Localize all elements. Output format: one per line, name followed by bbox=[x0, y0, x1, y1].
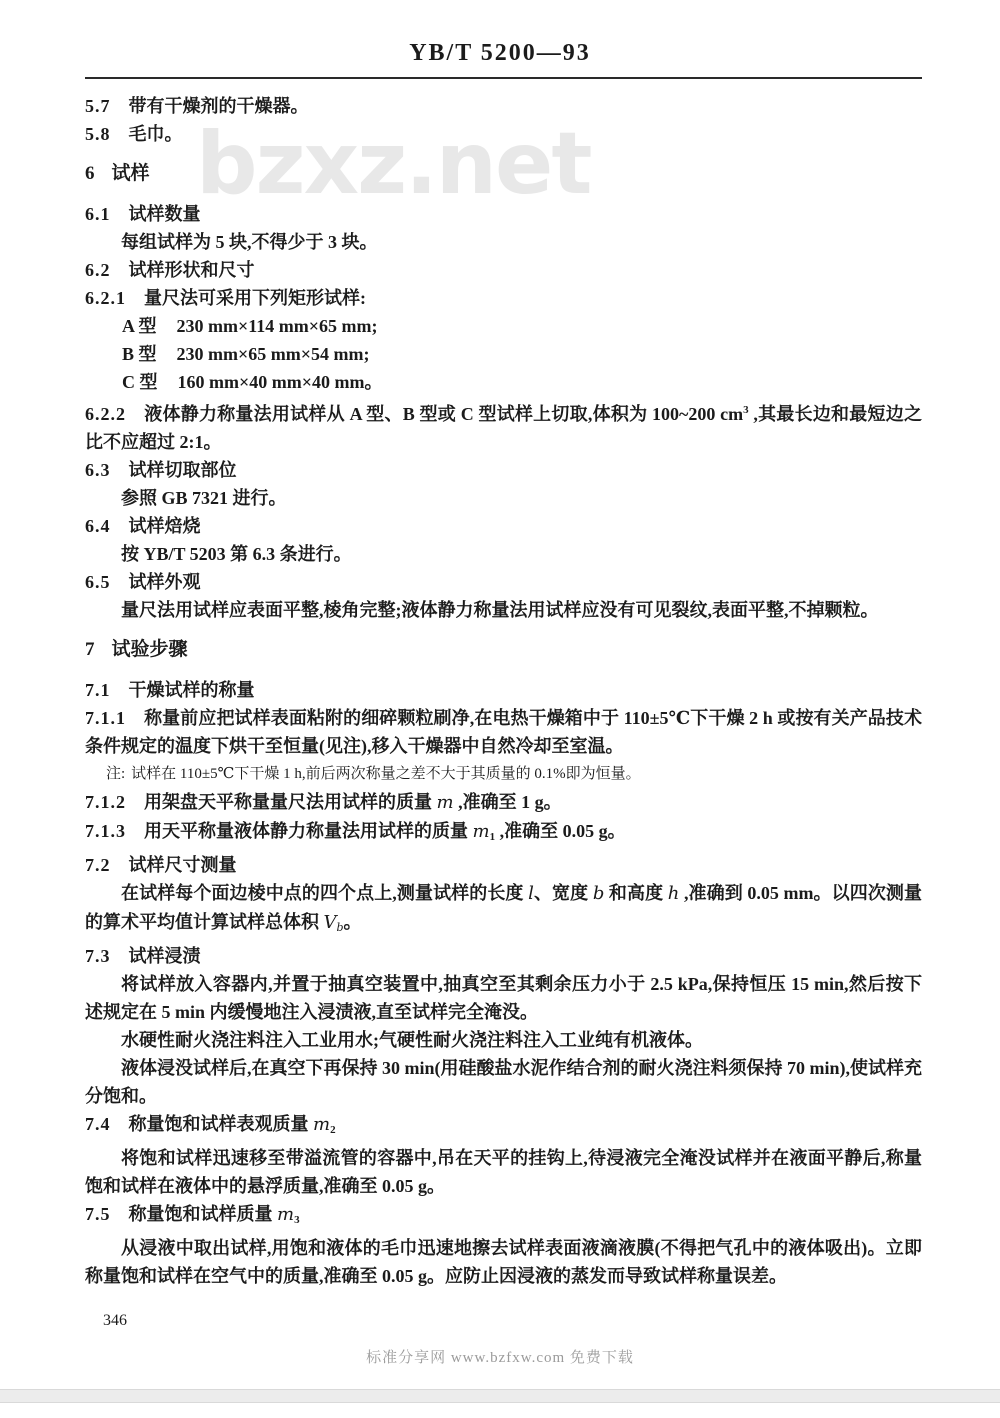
text-run: ,准确至 1 g。 bbox=[454, 792, 562, 812]
clause-number: 5.7 bbox=[85, 96, 111, 116]
document-content: 5.7带有干燥剂的干燥器。5.8毛巾。6试样6.1试样数量每组试样为 5 块,不… bbox=[85, 92, 922, 1290]
bottom-band bbox=[0, 1389, 1000, 1403]
text-run: 3 bbox=[294, 1214, 300, 1226]
text-run: 试样形状和尺寸 bbox=[129, 260, 255, 280]
clause-number: 7.4 bbox=[85, 1114, 111, 1134]
text-run: 、宽度 bbox=[534, 883, 593, 903]
clause-6-3: 6.3试样切取部位 bbox=[85, 456, 922, 484]
clause-7-1-3: 7.1.3用天平称量液体静力称量法用试样的质量 m1 ,准确至 0.05 g。 bbox=[85, 817, 922, 851]
text-run: 参照 GB 7321 进行。 bbox=[121, 488, 287, 508]
clause-7-5: 7.5称量饱和试样质量 m3 bbox=[85, 1200, 922, 1234]
clause-7-1-1: 7.1.1称量前应把试样表面粘附的细碎颗粒刷净,在电热干燥箱中于 110±5℃下… bbox=[85, 704, 922, 760]
text-run: 每组试样为 5 块,不得少于 3 块。 bbox=[121, 232, 378, 252]
text-run: 量尺法可采用下列矩形试样: bbox=[144, 288, 366, 308]
clause-7-4: 7.4称量饱和试样表观质量 m2 bbox=[85, 1110, 922, 1144]
text-run: 称量饱和试样表观质量 bbox=[129, 1114, 314, 1134]
text-run: 试样在 110±5℃下干燥 1 h,前后两次称量之差不大于其质量的 0.1%即为… bbox=[131, 766, 640, 782]
clause-7-3: 7.3试样浸渍 bbox=[85, 942, 922, 970]
text-run: 量尺法用试样应表面平整,棱角完整;液体静力称量法用试样应没有可见裂纹,表面平整,… bbox=[121, 600, 879, 620]
para: 从浸液中取出试样,用饱和液体的毛巾迅速地擦去试样表面液滴液膜(不得把气孔中的液体… bbox=[85, 1234, 922, 1290]
math-variable: m bbox=[277, 1204, 294, 1225]
text-run: 230 mm×65 mm×54 mm; bbox=[177, 344, 370, 364]
para: 将试样放入容器内,并置于抽真空装置中,抽真空至其剩余压力小于 2.5 kPa,保… bbox=[85, 970, 922, 1026]
clause-number: 5.8 bbox=[85, 124, 111, 144]
document-page: bzxz.net YB/T 5200—93 5.7带有干燥剂的干燥器。5.8毛巾… bbox=[0, 0, 1000, 1418]
text-run: 试样尺寸测量 bbox=[129, 855, 237, 875]
clause-5-8: 5.8毛巾。 bbox=[85, 120, 922, 148]
math-variable: m bbox=[313, 1114, 330, 1135]
clause-number: 7 bbox=[85, 639, 96, 660]
clause-number: 7.1.2 bbox=[85, 792, 126, 812]
header-rule bbox=[85, 77, 922, 79]
clause-6-2-2: 6.2.2液体静力称量法用试样从 A 型、B 型或 C 型试样上切取,体积为 1… bbox=[85, 396, 922, 456]
page-number: 346 bbox=[103, 1312, 127, 1330]
clause-6-1: 6.1试样数量 bbox=[85, 200, 922, 228]
type-label: A 型 bbox=[122, 316, 157, 336]
para: 参照 GB 7321 进行。 bbox=[85, 484, 922, 512]
clause-number: 6.5 bbox=[85, 572, 111, 592]
clause-number: 7.1 bbox=[85, 680, 111, 700]
type-label: C 型 bbox=[122, 372, 158, 392]
clause-number: 7.2 bbox=[85, 855, 111, 875]
clause-7: 7试验步骤 bbox=[85, 636, 922, 664]
clause-number: 7.5 bbox=[85, 1204, 111, 1224]
clause-6-2-1: 6.2.1量尺法可采用下列矩形试样: bbox=[85, 284, 922, 312]
clause-7-1-2: 7.1.2用架盘天平称量量尺法用试样的质量 m ,准确至 1 g。 bbox=[85, 788, 922, 817]
clause-6-5: 6.5试样外观 bbox=[85, 568, 922, 596]
note: 注:试样在 110±5℃下干燥 1 h,前后两次称量之差不大于其质量的 0.1%… bbox=[106, 760, 922, 788]
math-variable: V bbox=[324, 912, 337, 933]
text-run: 从浸液中取出试样,用饱和液体的毛巾迅速地擦去试样表面液滴液膜(不得把气孔中的液体… bbox=[85, 1238, 922, 1286]
text-run: 液体浸没试样后,在真空下再保持 30 min(用硅酸盐水泥作结合剂的耐火浇注料须… bbox=[85, 1058, 922, 1106]
text-run: 将饱和试样迅速移至带溢流管的容器中,吊在天平的挂钩上,待浸液完全淹没试样并在液面… bbox=[85, 1148, 922, 1196]
text-run: 带有干燥剂的干燥器。 bbox=[129, 96, 309, 116]
text-run: 在试样每个面边棱中点的四个点上,测量试样的长度 bbox=[121, 883, 528, 903]
text-run: 试样浸渍 bbox=[129, 946, 201, 966]
text-run: 。 bbox=[344, 912, 362, 932]
clause-number: 6.4 bbox=[85, 516, 111, 536]
dim: C 型160 mm×40 mm×40 mm。 bbox=[122, 368, 922, 396]
math-variable: b bbox=[337, 921, 344, 934]
text-run: 水硬性耐火浇注料注入工业用水;气硬性耐火浇注料注入工业纯有机液体。 bbox=[121, 1030, 703, 1050]
clause-number: 7.3 bbox=[85, 946, 111, 966]
text-run: 试验步骤 bbox=[112, 639, 188, 660]
math-variable: b bbox=[593, 883, 605, 904]
clause-number: 6.2 bbox=[85, 260, 111, 280]
para: 量尺法用试样应表面平整,棱角完整;液体静力称量法用试样应没有可见裂纹,表面平整,… bbox=[85, 596, 922, 624]
clause-number: 7.1.3 bbox=[85, 821, 126, 841]
dim: A 型230 mm×114 mm×65 mm; bbox=[122, 312, 922, 340]
clause-number: 6.3 bbox=[85, 460, 111, 480]
para: 按 YB/T 5203 第 6.3 条进行。 bbox=[85, 540, 922, 568]
para: 水硬性耐火浇注料注入工业用水;气硬性耐火浇注料注入工业纯有机液体。 bbox=[85, 1026, 922, 1054]
dim: B 型230 mm×65 mm×54 mm; bbox=[122, 340, 922, 368]
text-run: 干燥试样的称量 bbox=[129, 680, 255, 700]
text-run: 毛巾。 bbox=[129, 124, 183, 144]
clause-7-1: 7.1干燥试样的称量 bbox=[85, 676, 922, 704]
clause-number: 7.1.1 bbox=[85, 708, 126, 728]
text-run: 试样焙烧 bbox=[129, 516, 201, 536]
text-run: 230 mm×114 mm×65 mm; bbox=[177, 316, 378, 336]
math-variable: h bbox=[668, 883, 680, 904]
para: 液体浸没试样后,在真空下再保持 30 min(用硅酸盐水泥作结合剂的耐火浇注料须… bbox=[85, 1054, 922, 1110]
type-label: B 型 bbox=[122, 344, 157, 364]
text-run: 试样外观 bbox=[129, 572, 201, 592]
text-run: ,准确至 0.05 g。 bbox=[495, 821, 626, 841]
text-run: 液体静力称量法用试样从 A 型、B 型或 C 型试样上切取,体积为 100~20… bbox=[144, 404, 743, 424]
footer-note: 标准分享网 www.bzfxw.com 免费下载 bbox=[0, 1346, 1000, 1367]
clause-number: 6.1 bbox=[85, 204, 111, 224]
clause-7-2: 7.2试样尺寸测量 bbox=[85, 851, 922, 879]
text-run: 按 YB/T 5203 第 6.3 条进行。 bbox=[121, 544, 352, 564]
clause-5-7: 5.7带有干燥剂的干燥器。 bbox=[85, 92, 922, 120]
text-run: 试样数量 bbox=[129, 204, 201, 224]
clause-6: 6试样 bbox=[85, 160, 922, 188]
text-run: 称量前应把试样表面粘附的细碎颗粒刷净,在电热干燥箱中于 110±5℃下干燥 2 … bbox=[85, 708, 922, 756]
text-run: 将试样放入容器内,并置于抽真空装置中,抽真空至其剩余压力小于 2.5 kPa,保… bbox=[85, 974, 922, 1022]
text-run: 试样切取部位 bbox=[129, 460, 237, 480]
standard-number-header: YB/T 5200—93 bbox=[0, 40, 1000, 67]
math-variable: m bbox=[473, 821, 490, 842]
clause-number: 6.2.1 bbox=[85, 288, 126, 308]
para: 每组试样为 5 块,不得少于 3 块。 bbox=[85, 228, 922, 256]
clause-6-4: 6.4试样焙烧 bbox=[85, 512, 922, 540]
note-label: 注: bbox=[106, 766, 125, 782]
text-run: 160 mm×40 mm×40 mm。 bbox=[178, 372, 383, 392]
text-run: 用天平称量液体静力称量法用试样的质量 bbox=[144, 821, 473, 841]
clause-number: 6.2.2 bbox=[85, 404, 126, 424]
text-run: 称量饱和试样质量 bbox=[129, 1204, 278, 1224]
text-run: 和高度 bbox=[604, 883, 667, 903]
para: 在试样每个面边棱中点的四个点上,测量试样的长度 l、宽度 b 和高度 h ,准确… bbox=[85, 879, 922, 942]
text-run: 试样 bbox=[112, 163, 150, 184]
math-variable: m bbox=[437, 792, 454, 813]
para: 将饱和试样迅速移至带溢流管的容器中,吊在天平的挂钩上,待浸液完全淹没试样并在液面… bbox=[85, 1144, 922, 1200]
text-run: 2 bbox=[330, 1124, 336, 1136]
clause-number: 6 bbox=[85, 163, 96, 184]
clause-6-2: 6.2试样形状和尺寸 bbox=[85, 256, 922, 284]
text-run: 用架盘天平称量量尺法用试样的质量 bbox=[144, 792, 437, 812]
